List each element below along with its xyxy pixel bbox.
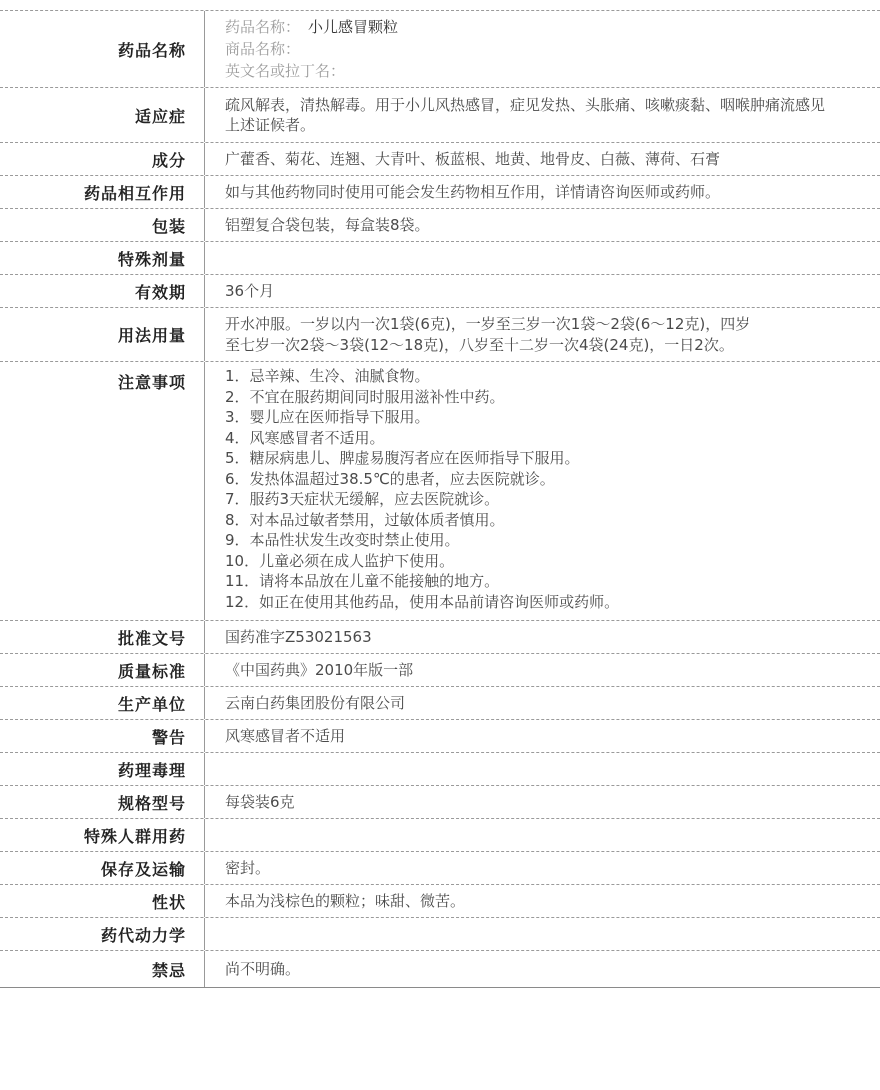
table-row: 用法用量开水冲服。一岁以内一次1袋(6克)，一岁至三岁一次1袋～2袋(6～12克…	[0, 307, 880, 361]
row-content	[205, 753, 880, 785]
content-line: 9．本品性状发生改变时禁止使用。	[225, 530, 870, 551]
content-line: 4．风寒感冒者不适用。	[225, 428, 870, 449]
table-row: 药代动力学	[0, 917, 880, 950]
row-content: 风寒感冒者不适用	[205, 720, 880, 752]
row-label: 特殊剂量	[0, 242, 205, 274]
content-line: 8．对本品过敏者禁用，过敏体质者慎用。	[225, 510, 870, 531]
row-content	[205, 242, 880, 274]
row-label: 适应症	[0, 88, 205, 142]
content-line: 5．糖尿病患儿、脾虚易腹泻者应在医师指导下服用。	[225, 448, 870, 469]
content-line: 密封。	[225, 858, 870, 879]
content-line: 3．婴儿应在医师指导下服用。	[225, 407, 870, 428]
row-label: 保存及运输	[0, 852, 205, 884]
content-line: 风寒感冒者不适用	[225, 726, 870, 747]
row-content: 本品为浅棕色的颗粒；味甜、微苦。	[205, 885, 880, 917]
content-line: 本品为浅棕色的颗粒；味甜、微苦。	[225, 891, 870, 912]
row-label: 有效期	[0, 275, 205, 307]
table-row: 有效期36个月	[0, 274, 880, 307]
row-label: 质量标准	[0, 654, 205, 686]
row-content: 1．忌辛辣、生冷、油腻食物。2．不宜在服药期间同时服用滋补性中药。3．婴儿应在医…	[205, 362, 880, 620]
row-content: 尚不明确。	[205, 951, 880, 987]
table-row: 药品名称药品名称：小儿感冒颗粒商品名称：英文名或拉丁名：	[0, 11, 880, 87]
table-row: 禁忌尚不明确。	[0, 950, 880, 987]
row-content: 每袋装6克	[205, 786, 880, 818]
row-content: 云南白药集团股份有限公司	[205, 687, 880, 719]
content-line: 上述证候者。	[225, 115, 870, 136]
table-row: 适应症疏风解表，清热解毒。用于小儿风热感冒，症见发热、头胀痛、咳嗽痰黏、咽喉肿痛…	[0, 87, 880, 142]
row-label: 注意事项	[0, 362, 205, 620]
row-label: 性状	[0, 885, 205, 917]
table-row: 批准文号国药准字Z53021563	[0, 620, 880, 653]
table-row: 质量标准《中国药典》2010年版一部	[0, 653, 880, 686]
content-line: 广藿香、菊花、连翘、大青叶、板蓝根、地黄、地骨皮、白薇、薄荷、石膏	[225, 149, 870, 170]
content-line: 至七岁一次2袋～3袋(12～18克)，八岁至十二岁一次4袋(24克)，一日2次。	[225, 335, 870, 356]
row-label: 药品相互作用	[0, 176, 205, 208]
row-content: 《中国药典》2010年版一部	[205, 654, 880, 686]
content-line: 1．忌辛辣、生冷、油腻食物。	[225, 366, 870, 387]
content-line: 11．请将本品放在儿童不能接触的地方。	[225, 571, 870, 592]
field-name: 商品名称：	[225, 40, 300, 58]
field-name: 药品名称：	[225, 18, 300, 36]
row-label: 药品名称	[0, 11, 205, 87]
row-label: 药代动力学	[0, 918, 205, 950]
content-line: 国药准字Z53021563	[225, 627, 870, 648]
table-row: 注意事项1．忌辛辣、生冷、油腻食物。2．不宜在服药期间同时服用滋补性中药。3．婴…	[0, 361, 880, 620]
table-row: 警告风寒感冒者不适用	[0, 719, 880, 752]
name-field-line: 商品名称：	[225, 38, 870, 60]
row-label: 用法用量	[0, 308, 205, 361]
row-label: 包装	[0, 209, 205, 241]
row-content: 密封。	[205, 852, 880, 884]
row-content	[205, 918, 880, 950]
content-line: 6．发热体温超过38.5℃的患者，应去医院就诊。	[225, 469, 870, 490]
table-row: 性状本品为浅棕色的颗粒；味甜、微苦。	[0, 884, 880, 917]
content-line: 疏风解表，清热解毒。用于小儿风热感冒，症见发热、头胀痛、咳嗽痰黏、咽喉肿痛流感见	[225, 95, 870, 116]
row-content: 广藿香、菊花、连翘、大青叶、板蓝根、地黄、地骨皮、白薇、薄荷、石膏	[205, 143, 880, 175]
row-label: 生产单位	[0, 687, 205, 719]
row-label: 批准文号	[0, 621, 205, 653]
row-content	[205, 819, 880, 851]
row-content: 国药准字Z53021563	[205, 621, 880, 653]
table-row: 成分广藿香、菊花、连翘、大青叶、板蓝根、地黄、地骨皮、白薇、薄荷、石膏	[0, 142, 880, 175]
table-row: 特殊人群用药	[0, 818, 880, 851]
row-content: 开水冲服。一岁以内一次1袋(6克)，一岁至三岁一次1袋～2袋(6～12克)，四岁…	[205, 308, 880, 361]
table-row: 生产单位云南白药集团股份有限公司	[0, 686, 880, 719]
row-content: 药品名称：小儿感冒颗粒商品名称：英文名或拉丁名：	[205, 11, 880, 87]
content-line: 铝塑复合袋包装，每盒装8袋。	[225, 215, 870, 236]
name-field-line: 英文名或拉丁名：	[225, 60, 870, 82]
row-label: 成分	[0, 143, 205, 175]
table-row: 包装铝塑复合袋包装，每盒装8袋。	[0, 208, 880, 241]
name-field-line: 药品名称：小儿感冒颗粒	[225, 16, 870, 38]
table-row: 保存及运输密封。	[0, 851, 880, 884]
content-line: 36个月	[225, 281, 870, 302]
row-content: 铝塑复合袋包装，每盒装8袋。	[205, 209, 880, 241]
row-content: 如与其他药物同时使用可能会发生药物相互作用，详情请咨询医师或药师。	[205, 176, 880, 208]
field-value: 小儿感冒颗粒	[308, 18, 398, 36]
table-row: 特殊剂量	[0, 241, 880, 274]
row-label: 警告	[0, 720, 205, 752]
row-label: 规格型号	[0, 786, 205, 818]
row-label: 药理毒理	[0, 753, 205, 785]
content-line: 12．如正在使用其他药品，使用本品前请咨询医师或药师。	[225, 592, 870, 613]
drug-info-table: 药品名称药品名称：小儿感冒颗粒商品名称：英文名或拉丁名：适应症疏风解表，清热解毒…	[0, 10, 880, 988]
content-line: 尚不明确。	[225, 959, 870, 980]
content-line: 如与其他药物同时使用可能会发生药物相互作用，详情请咨询医师或药师。	[225, 182, 870, 203]
content-line: 开水冲服。一岁以内一次1袋(6克)，一岁至三岁一次1袋～2袋(6～12克)，四岁	[225, 314, 870, 335]
content-line: 7．服药3天症状无缓解，应去医院就诊。	[225, 489, 870, 510]
content-line: 10．儿童必须在成人监护下使用。	[225, 551, 870, 572]
content-line: 每袋装6克	[225, 792, 870, 813]
row-content: 36个月	[205, 275, 880, 307]
content-line: 云南白药集团股份有限公司	[225, 693, 870, 714]
content-line: 《中国药典》2010年版一部	[225, 660, 870, 681]
row-content: 疏风解表，清热解毒。用于小儿风热感冒，症见发热、头胀痛、咳嗽痰黏、咽喉肿痛流感见…	[205, 88, 880, 142]
content-line: 2．不宜在服药期间同时服用滋补性中药。	[225, 387, 870, 408]
field-name: 英文名或拉丁名：	[225, 62, 345, 80]
table-row: 规格型号每袋装6克	[0, 785, 880, 818]
table-row: 药理毒理	[0, 752, 880, 785]
row-label: 特殊人群用药	[0, 819, 205, 851]
table-row: 药品相互作用如与其他药物同时使用可能会发生药物相互作用，详情请咨询医师或药师。	[0, 175, 880, 208]
row-label: 禁忌	[0, 951, 205, 987]
